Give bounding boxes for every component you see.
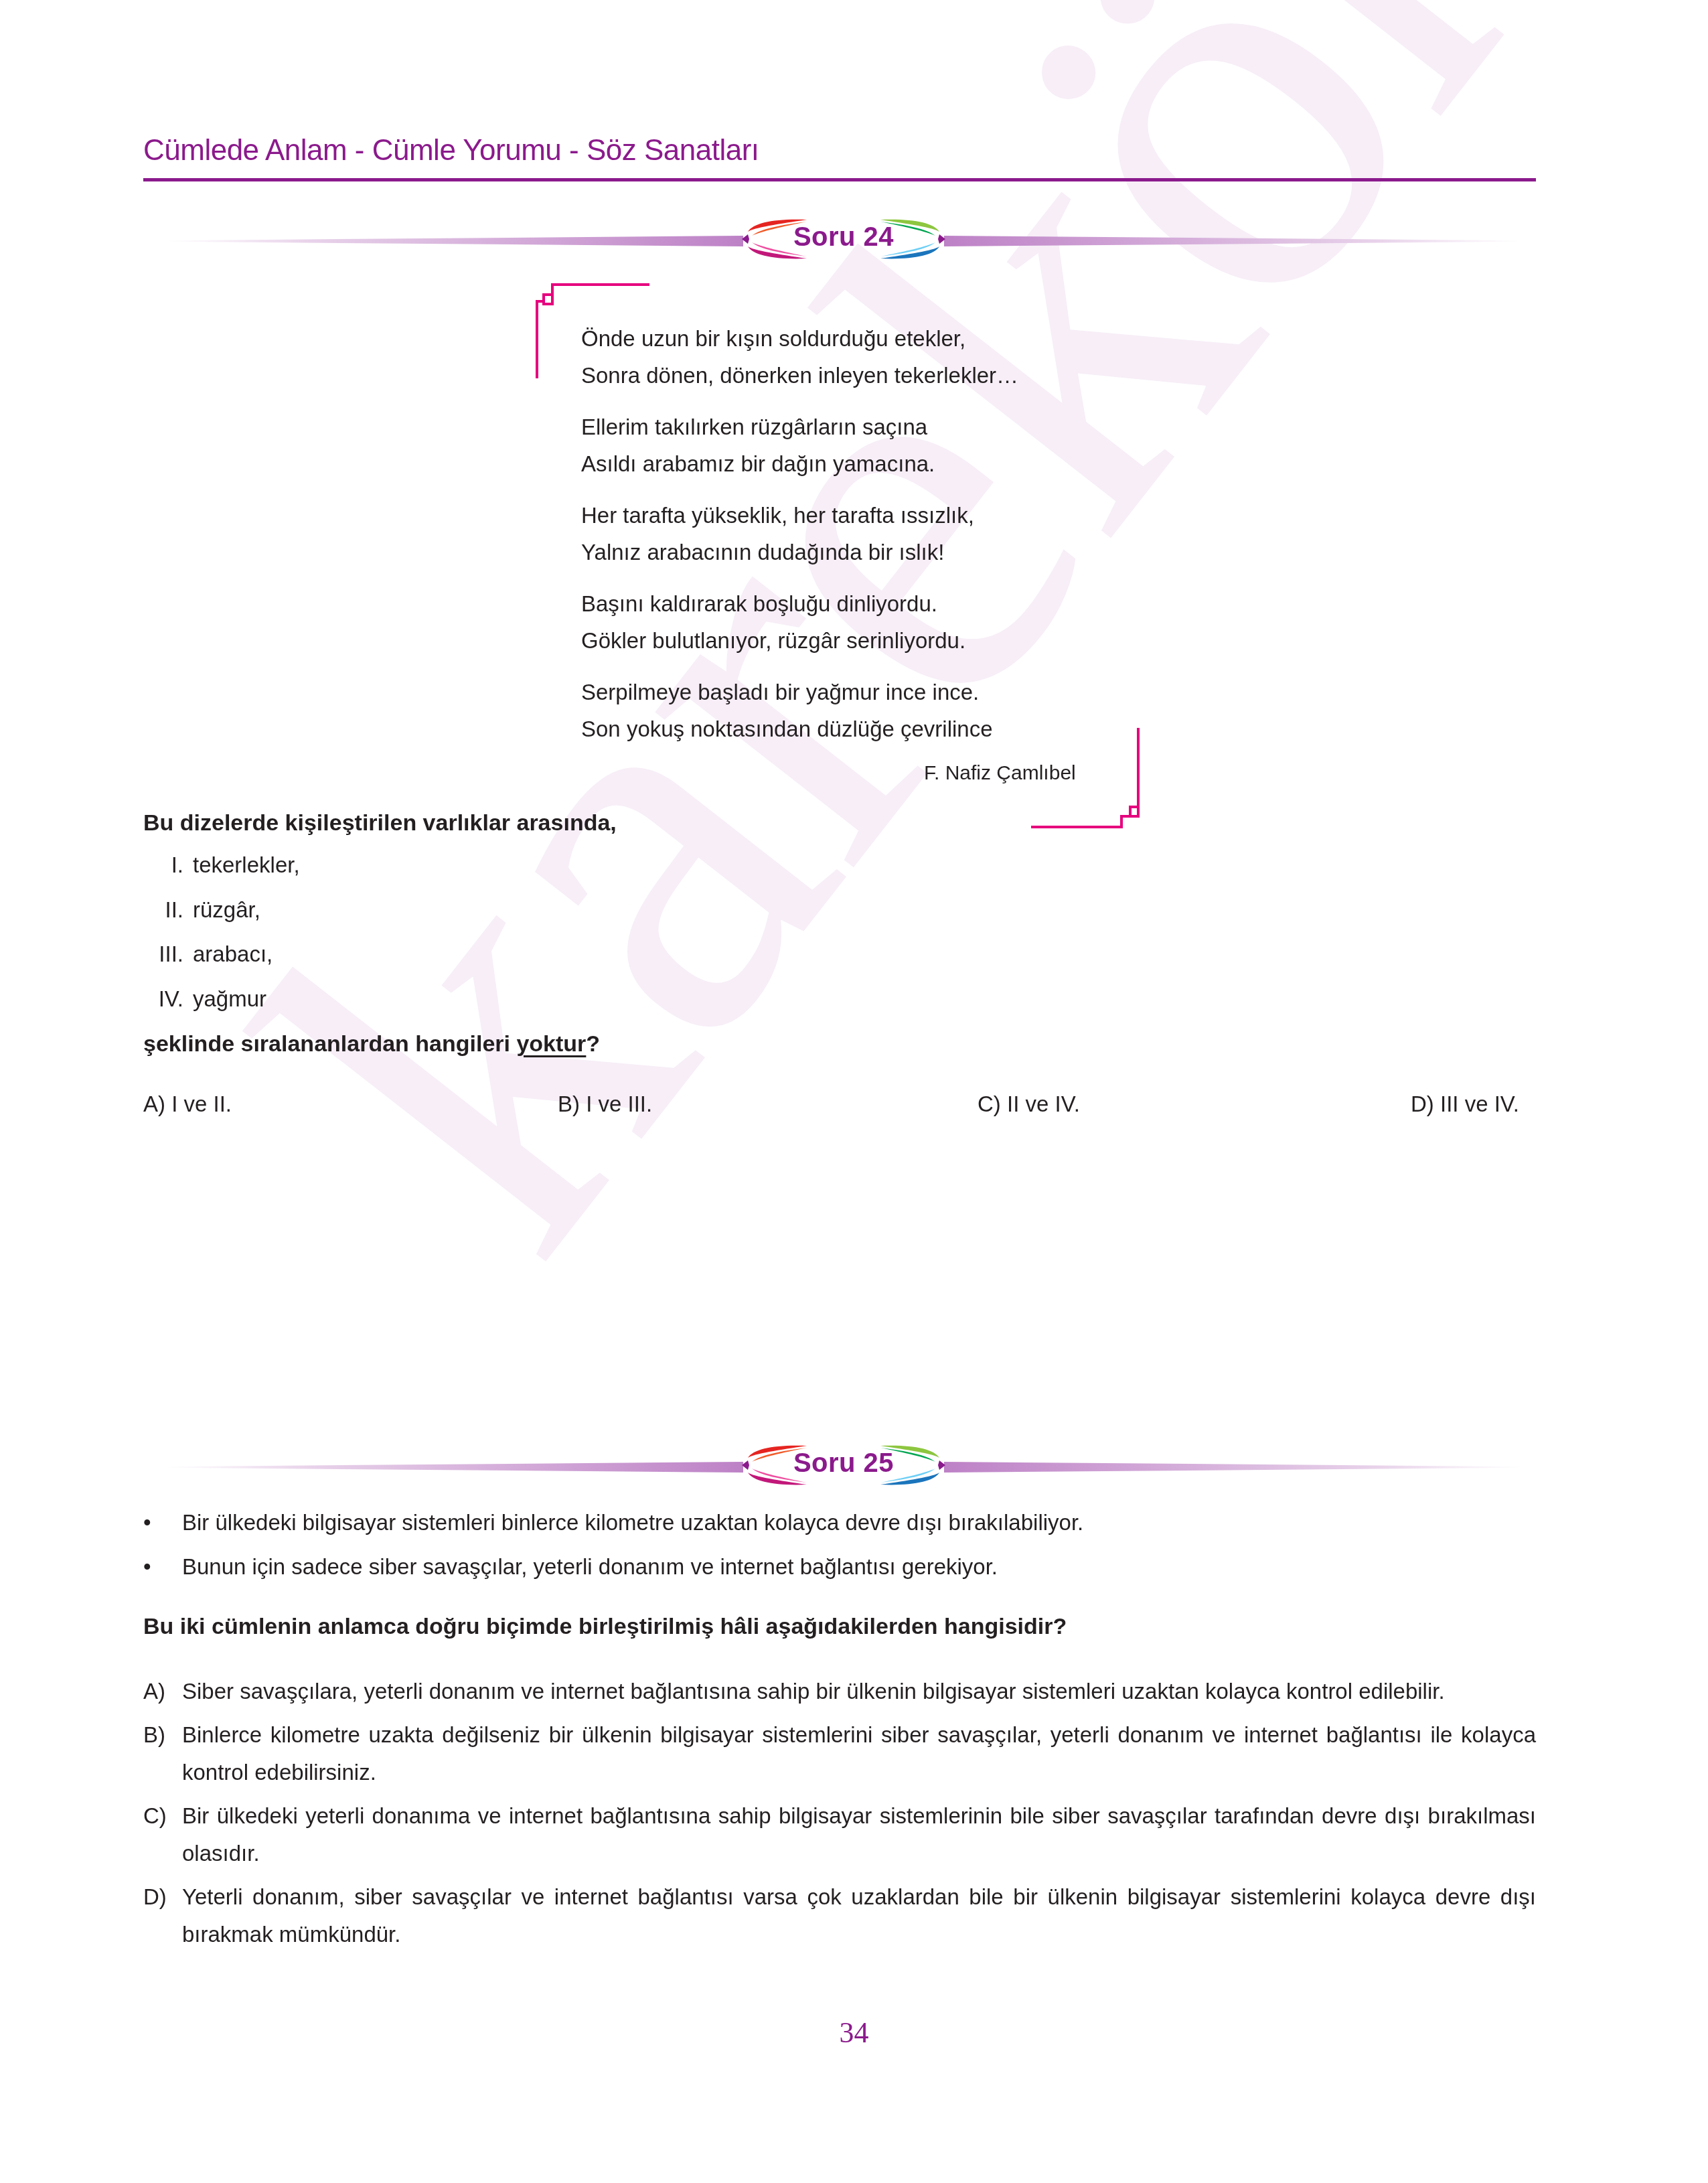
question-25-stem: Bu iki cümlenin anlamca doğru biçimde bi…: [143, 1614, 1067, 1640]
option-b[interactable]: B) I ve III.: [558, 1091, 652, 1117]
poem-stanza: Serpilmeye başladı bir yağmur ince ince.…: [581, 674, 1018, 747]
list-item: III. arabacı,: [143, 942, 300, 986]
poem-line: Serpilmeye başladı bir yağmur ince ince.: [581, 674, 1018, 710]
option-a[interactable]: A) I ve II.: [143, 1091, 232, 1117]
list-item: II. rüzgâr,: [143, 897, 300, 942]
header-divider: [143, 178, 1536, 181]
option-text: I ve II.: [171, 1091, 232, 1116]
statement-item: • Bunun için sadece siber savaşçılar, ye…: [143, 1554, 1083, 1598]
list-item-number: II.: [143, 897, 193, 942]
question-24-header: Soru 24: [167, 216, 1520, 262]
poem-line: Önde uzun bir kışın soldurduğu etekler,: [581, 320, 1018, 357]
poem-stanza: Başını kaldırarak boşluğu dinliyordu. Gö…: [581, 585, 1018, 659]
list-item: IV. yağmur: [143, 986, 300, 1031]
poem-line: Ellerim takılırken rüzgârların saçına: [581, 408, 1018, 445]
option-text: II ve IV.: [1007, 1091, 1080, 1116]
badge-line-right: [944, 1462, 1520, 1473]
list-item-number: III.: [143, 942, 193, 986]
question-24-prompt: şeklinde sıralananlardan hangileri yoktu…: [143, 1031, 600, 1057]
question-24-stem: Bu dizelerde kişileştirilen varlıklar ar…: [143, 810, 617, 836]
poem-line: Gökler bulutlanıyor, rüzgâr serinliyordu…: [581, 622, 1018, 659]
badge-line-right: [944, 236, 1520, 246]
statement-list: • Bir ülkedeki bilgisayar sistemleri bin…: [143, 1510, 1083, 1598]
option-text: Binlerce kilometre uzakta değilseniz bir…: [182, 1716, 1536, 1791]
option-letter: A): [143, 1091, 165, 1116]
poem-stanza: Ellerim takılırken rüzgârların saçına As…: [581, 408, 1018, 482]
list-item-text: rüzgâr,: [193, 897, 260, 942]
option-d[interactable]: D) III ve IV.: [1411, 1091, 1519, 1117]
option-d[interactable]: D) Yeterli donanım, siber savaşçılar ve …: [143, 1878, 1536, 1953]
prompt-text: şeklinde sıralananlardan hangileri: [143, 1031, 516, 1057]
option-a[interactable]: A) Siber savaşçılara, yeterli donanım ve…: [143, 1673, 1536, 1710]
question-25-options: A) Siber savaşçılara, yeterli donanım ve…: [143, 1673, 1536, 1959]
bullet-icon: •: [143, 1510, 182, 1554]
poem-line: Yalnız arabacının dudağında bir ıslık!: [581, 534, 1018, 571]
option-text: III ve IV.: [1440, 1091, 1519, 1116]
list-item: I. tekerlekler,: [143, 852, 300, 897]
poem-author: F. Nafiz Çamlıbel: [924, 762, 1076, 785]
option-letter: B): [143, 1716, 182, 1791]
poem-line: Her tarafta yükseklik, her tarafta ıssız…: [581, 497, 1018, 534]
poem-stanza: Her tarafta yükseklik, her tarafta ıssız…: [581, 497, 1018, 571]
list-item-text: tekerlekler,: [193, 852, 300, 897]
option-letter: B): [558, 1091, 580, 1116]
badge-line-left: [167, 1462, 743, 1473]
poem-line: Başını kaldırarak boşluğu dinliyordu.: [581, 585, 1018, 622]
poem-stanza: Önde uzun bir kışın soldurduğu etekler, …: [581, 320, 1018, 394]
list-item-number: IV.: [143, 986, 193, 1031]
option-letter: C): [978, 1091, 1001, 1116]
list-item-text: arabacı,: [193, 942, 273, 986]
statement-text: Bir ülkedeki bilgisayar sistemleri binle…: [182, 1510, 1083, 1554]
option-letter: C): [143, 1797, 182, 1872]
option-text: Siber savaşçılara, yeterli donanım ve in…: [182, 1673, 1536, 1710]
statement-text: Bunun için sadece siber savaşçılar, yete…: [182, 1554, 998, 1598]
option-letter: D): [1411, 1091, 1434, 1116]
question-25-header: Soru 25: [167, 1442, 1520, 1489]
roman-list: I. tekerlekler, II. rüzgâr, III. arabacı…: [143, 852, 300, 1031]
poem: Önde uzun bir kışın soldurduğu etekler, …: [581, 320, 1018, 762]
badge-line-left: [167, 236, 743, 246]
option-text: I ve III.: [586, 1091, 652, 1116]
question-badge: Soru 24: [740, 216, 947, 262]
option-c[interactable]: C) Bir ülkedeki yeterli donanıma ve inte…: [143, 1797, 1536, 1872]
statement-item: • Bir ülkedeki bilgisayar sistemleri bin…: [143, 1510, 1083, 1554]
question-number: Soru 24: [740, 222, 947, 252]
prompt-emphasis: yoktur: [516, 1031, 586, 1057]
option-text: Bir ülkedeki yeterli donanıma ve interne…: [182, 1797, 1536, 1872]
prompt-suffix: ?: [586, 1031, 600, 1057]
poem-line: Asıldı arabamız bir dağın yamacına.: [581, 445, 1018, 482]
question-badge: Soru 25: [740, 1442, 947, 1489]
page-header-title: Cümlede Anlam - Cümle Yorumu - Söz Sanat…: [143, 134, 759, 167]
poem-line: Son yokuş noktasından düzlüğe çevrilince: [581, 710, 1018, 747]
page-number: 34: [0, 2016, 1708, 2050]
question-number: Soru 25: [740, 1448, 947, 1479]
list-item-text: yağmur: [193, 986, 266, 1031]
option-letter: A): [143, 1673, 182, 1710]
option-letter: D): [143, 1878, 182, 1953]
list-item-number: I.: [143, 852, 193, 897]
poem-line: Sonra dönen, dönerken inleyen tekerlekle…: [581, 357, 1018, 394]
option-c[interactable]: C) II ve IV.: [978, 1091, 1080, 1117]
option-b[interactable]: B) Binlerce kilometre uzakta değilseniz …: [143, 1716, 1536, 1791]
bullet-icon: •: [143, 1554, 182, 1598]
option-text: Yeterli donanım, siber savaşçılar ve int…: [182, 1878, 1536, 1953]
